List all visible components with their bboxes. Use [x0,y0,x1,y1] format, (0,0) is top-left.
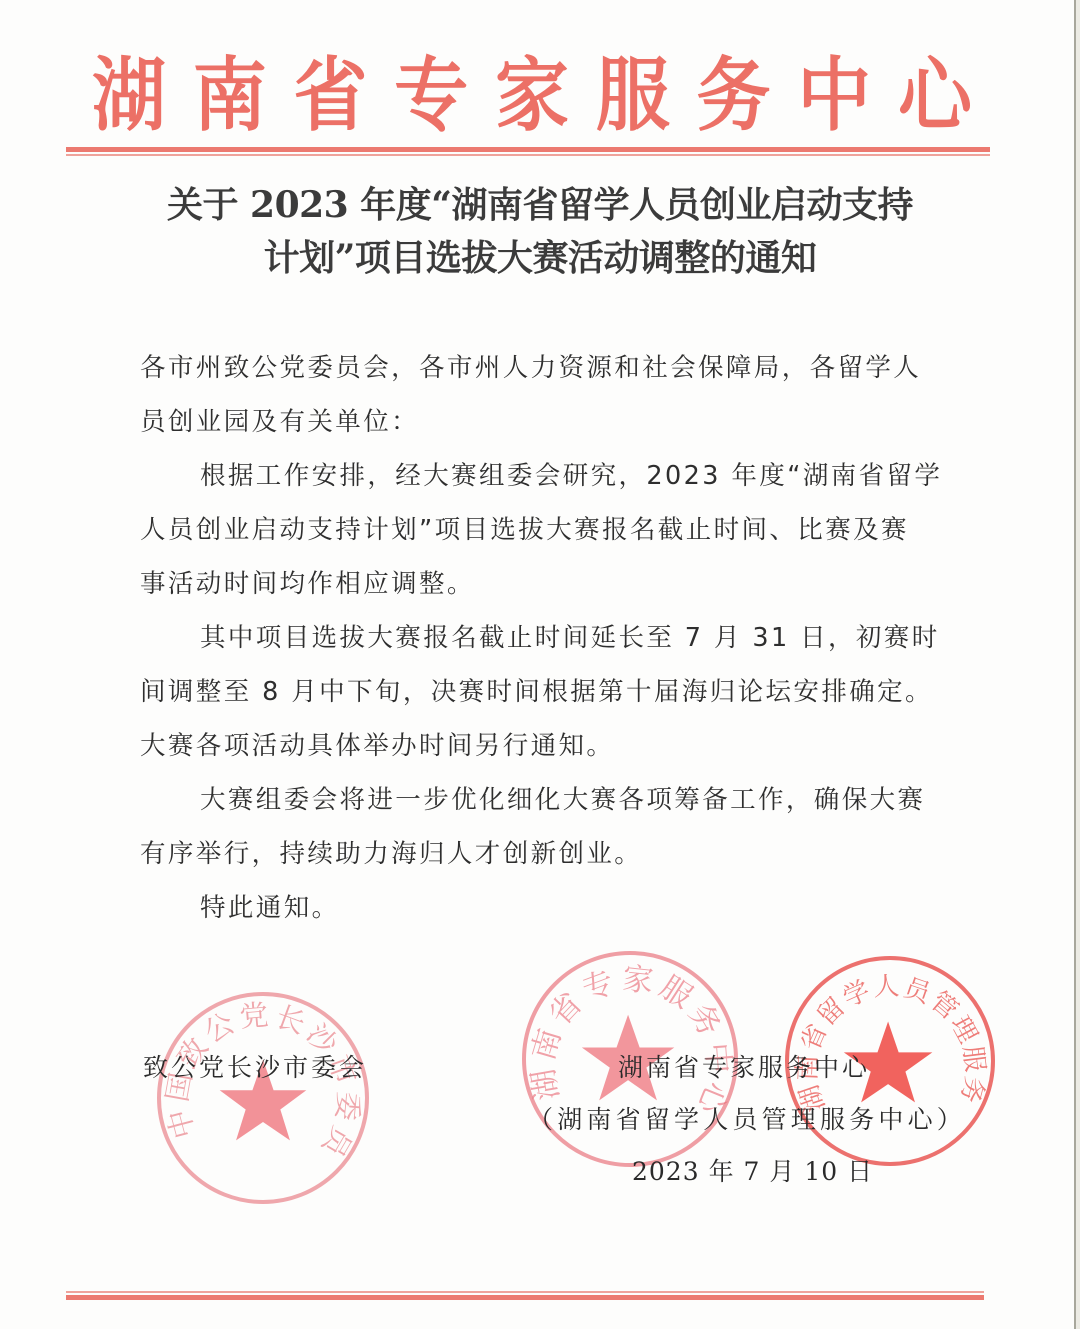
signature-right-org-alias: （湖南省留学人员管理服务中心） [528,1103,966,1137]
official-seal-left: 中国致公党长沙市委员会 [157,992,369,1204]
letterhead-char: 中 [797,42,871,150]
letterhead-char: 家 [495,42,569,150]
letterhead-char: 服 [596,42,670,150]
footer-divider [66,1291,984,1300]
document-date: 2023 年 7 月 10 日 [632,1155,873,1189]
paragraph-line: 间调整至 8 月中下旬，决赛时间根据第十届海归论坛安排确定。 [140,665,945,719]
document-title-line-2: 计划”项目选拔大赛活动调整的通知 [0,233,1080,283]
signature-left-org: 致公党长沙市委会 [143,1051,367,1085]
letterhead-char: 务 [697,42,771,150]
seal-right-ring-text: 湖南省留学人员管理服务中心 [775,937,990,1115]
letterhead: 湖 南 省 专 家 服 务 中 心 [92,46,972,146]
paragraph-line: 大赛各项活动具体举办时间另行通知。 [140,719,945,773]
letterhead-char: 省 [294,42,368,150]
paragraph-line: 根据工作安排，经大赛组委会研究，2023 年度“湖南省留学 [140,449,945,503]
letterhead-char: 南 [193,42,267,150]
paragraph-line: 大赛组委会将进一步优化细化大赛各项筹备工作，确保大赛 [140,773,945,827]
letterhead-char: 专 [394,42,468,150]
salutation-line-1: 各市州致公党委员会，各市州人力资源和社会保障局，各留学人 [140,341,945,395]
svg-text:湖南省留学人员管理服务中心: 湖南省留学人员管理服务中心 [775,937,990,1115]
letterhead-divider [66,147,990,156]
signature-right-org: 湖南省专家服务中心 [618,1051,870,1085]
letterhead-char: 湖 [92,42,166,150]
paragraph-line: 人员创业启动支持计划”项目选拔大赛报名截止时间、比赛及赛 [140,503,945,557]
letterhead-char: 心 [898,42,972,150]
paragraph-line: 有序举行，持续助力海归人才创新创业。 [140,827,945,881]
document-title-line-1: 关于 2023 年度“湖南省留学人员创业启动支持 [0,180,1080,230]
salutation-line-2: 员创业园及有关单位： [140,395,945,449]
closing-line: 特此通知。 [140,881,945,935]
document-body: 各市州致公党委员会，各市州人力资源和社会保障局，各留学人 员创业园及有关单位： … [140,341,945,935]
paragraph-line: 其中项目选拔大赛报名截止时间延长至 7 月 31 日，初赛时 [140,611,945,665]
seal-left-graphic: 中国致公党长沙市委员会 [161,996,365,1200]
paragraph-line: 事活动时间均作相应调整。 [140,557,945,611]
